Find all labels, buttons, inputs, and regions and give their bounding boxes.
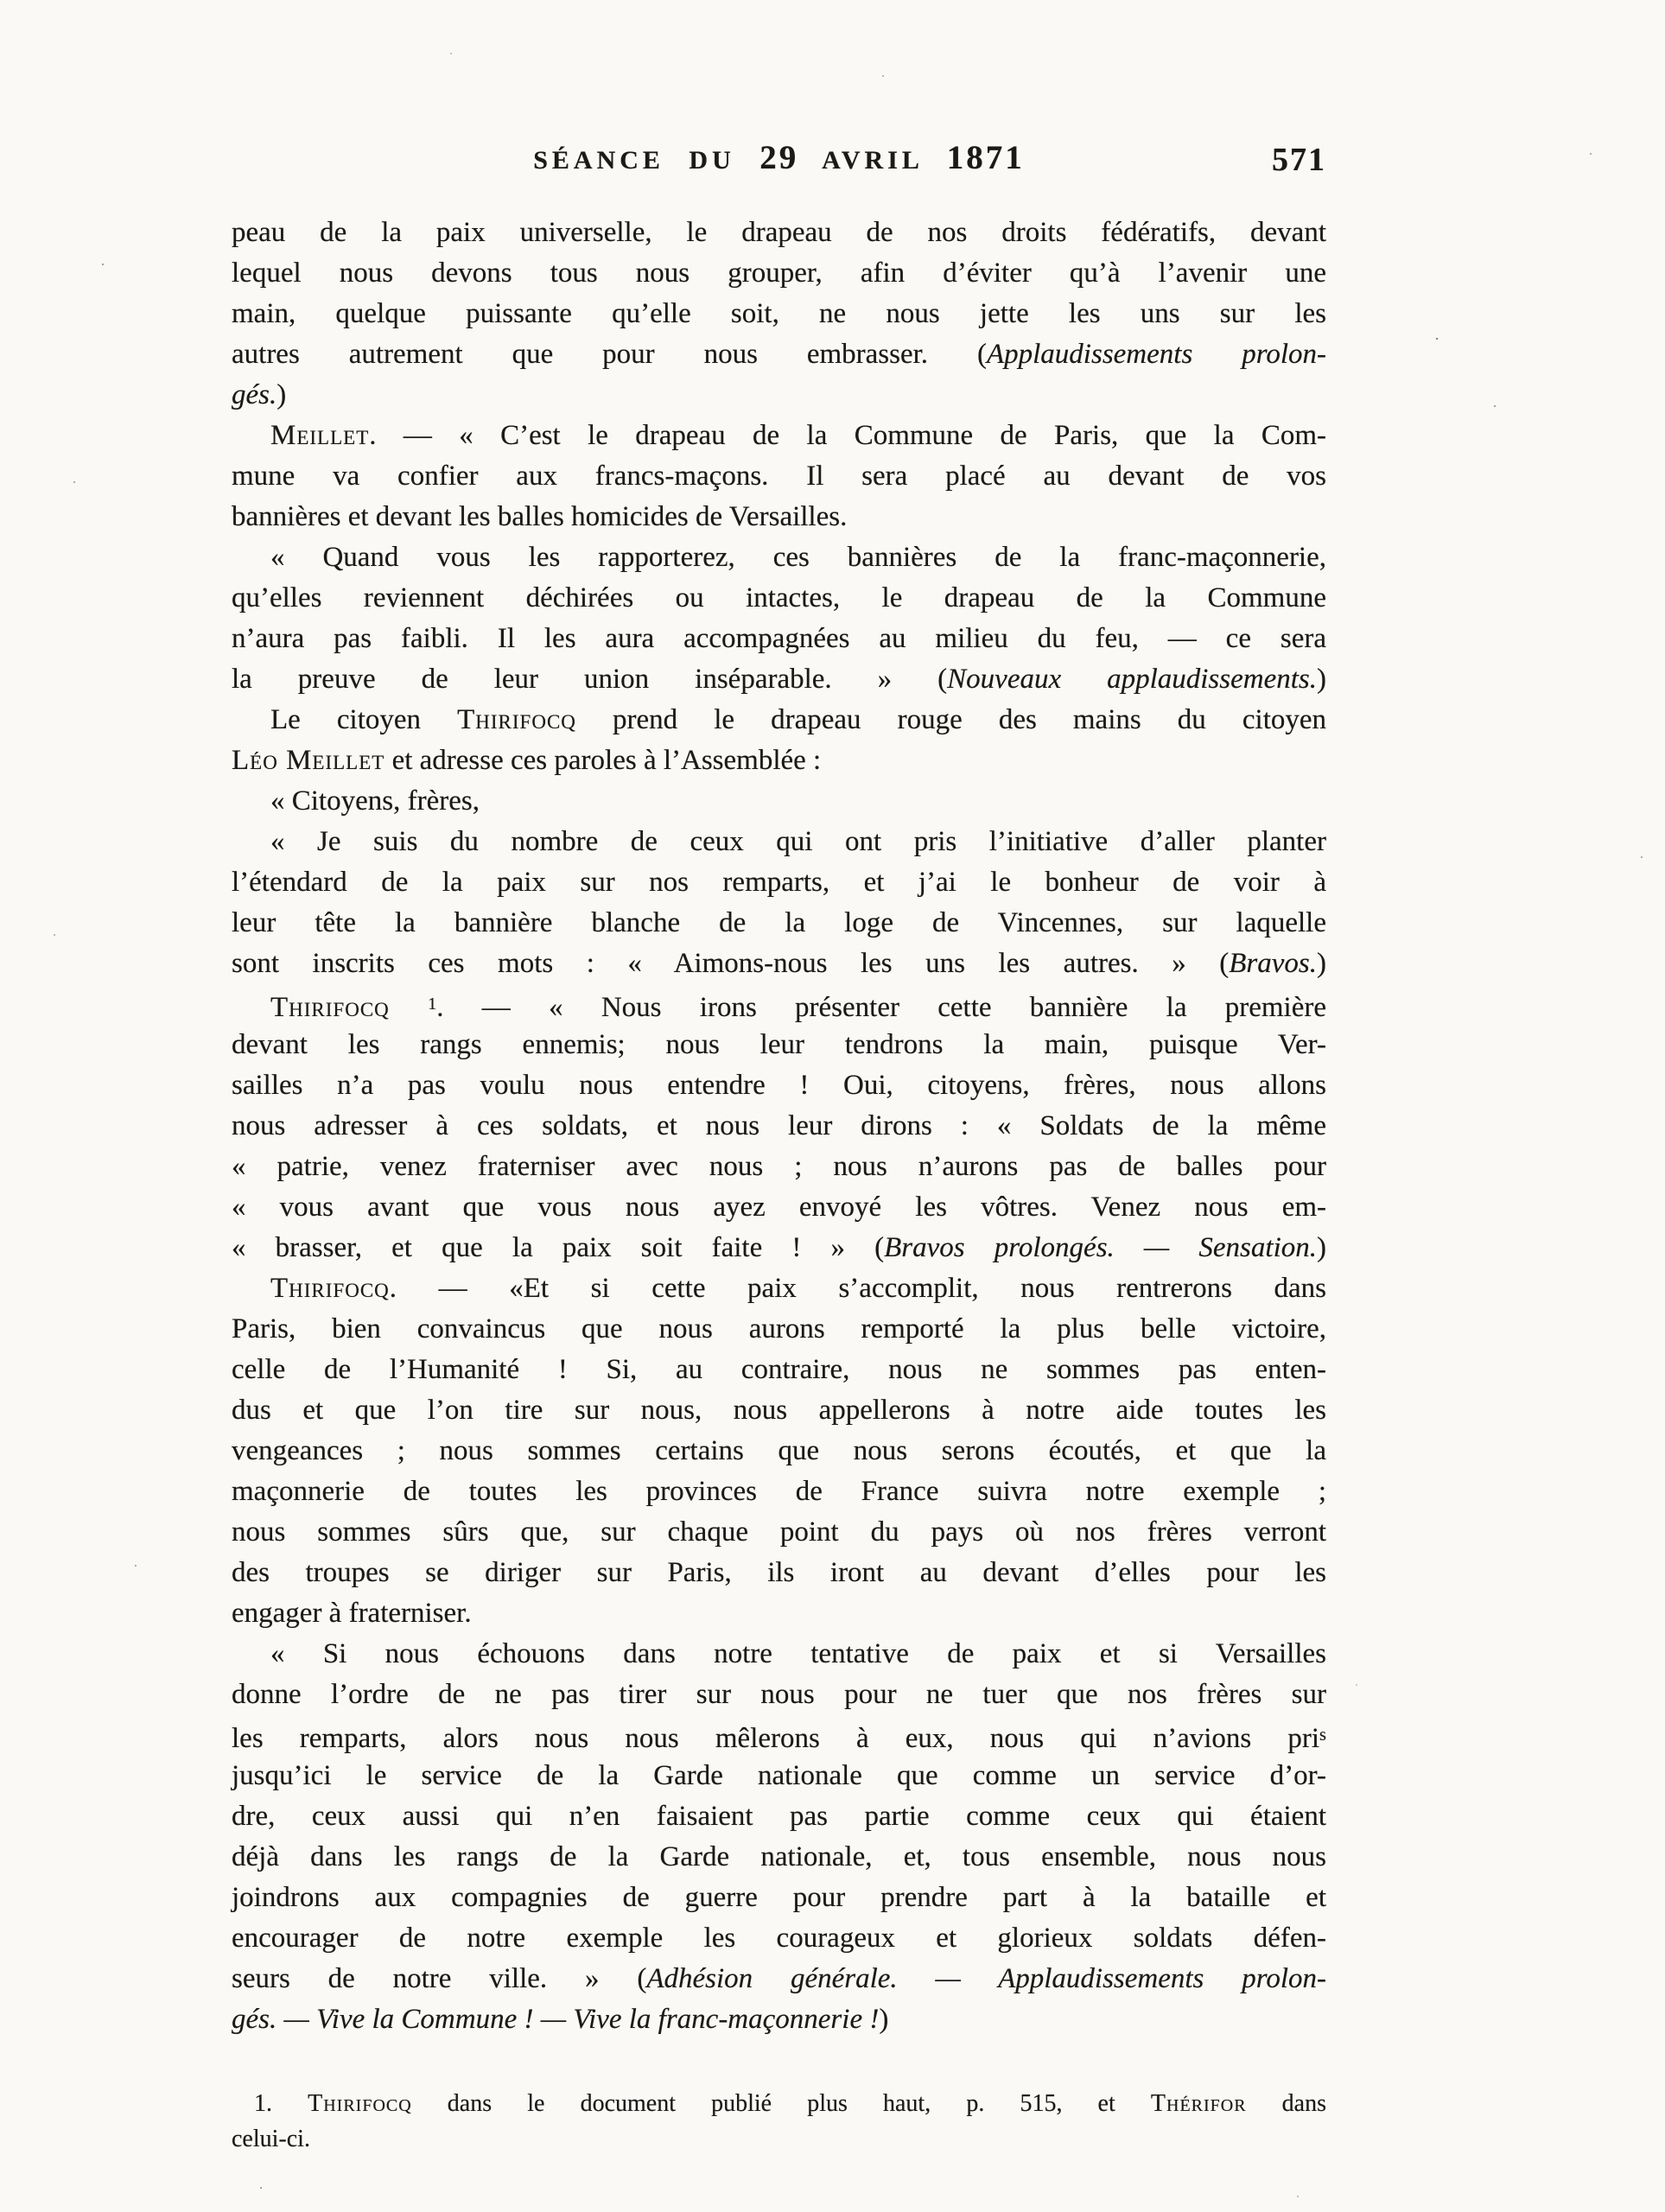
text-run: « Citoyens, frères,: [270, 785, 480, 817]
paragraph: peau de la paix universelle, le drapeau …: [232, 213, 1326, 416]
text-run: main, quelque puissante qu’elle soit, ne…: [232, 298, 1326, 329]
text-line: n’aura pas faibli. Il les aura accompagn…: [232, 619, 1326, 659]
text-line: l’étendard de la paix sur nos remparts, …: [232, 862, 1326, 903]
text-run: les remparts, alors nous nous mêlerons à…: [232, 1723, 1319, 1754]
text-run: Le citoyen: [270, 704, 457, 735]
text-run: ): [879, 2004, 888, 2035]
page-header: SÉANCE DU 29 AVRIL 1871 571: [232, 137, 1326, 185]
text-run: engager à fraterniser.: [232, 1598, 472, 1629]
header-caps: SÉANCE DU: [533, 146, 759, 175]
text-run: celle de l’Humanité ! Si, au contraire, …: [232, 1354, 1326, 1385]
text-run: nous adresser à ces soldats, et nous leu…: [232, 1110, 1326, 1141]
text-line: joindrons aux compagnies de guerre pour …: [232, 1878, 1326, 1918]
text-run: la preuve de leur union inséparable. » (: [232, 664, 947, 695]
text-run: maçonnerie de toutes les provinces de Fr…: [232, 1476, 1326, 1507]
text-line: donne l’ordre de ne pas tirer sur nous p…: [232, 1675, 1326, 1715]
text-run: n’aura pas faibli. Il les aura accompagn…: [232, 623, 1326, 654]
text-run: dre, ceux aussi qui n’en faisaient pas p…: [232, 1801, 1326, 1832]
text-line: lequel nous devons tous nous grouper, af…: [232, 253, 1326, 294]
text-run: seurs de notre ville. » (: [232, 1963, 646, 1994]
text-line: « vous avant que vous nous ayez envoyé l…: [232, 1187, 1326, 1228]
text-line: Paris, bien convaincus que nous aurons r…: [232, 1309, 1326, 1350]
text-run: jusqu’ici le service de la Garde nationa…: [232, 1760, 1326, 1791]
text-line: 1. Thirifocq dans le document publié plu…: [232, 2086, 1326, 2121]
header-numeral: 29: [759, 139, 798, 176]
text-line: vengeances ; nous sommes certains que no…: [232, 1431, 1326, 1471]
text-line: dre, ceux aussi qui n’en faisaient pas p…: [232, 1796, 1326, 1837]
header-numeral: 1871: [947, 139, 1025, 176]
text-run: ): [1317, 1232, 1326, 1263]
page-number: 571: [1272, 138, 1326, 181]
italic-text: Nouveaux applaudissements.: [947, 664, 1317, 695]
text-run: déjà dans les rangs de la Garde national…: [232, 1841, 1326, 1872]
text-run: sailles n’a pas voulu nous entendre ! Ou…: [232, 1070, 1326, 1101]
small-caps-name: Thirifocq: [457, 704, 576, 735]
text-line: « Je suis du nombre de ceux qui ont pris…: [232, 822, 1326, 862]
small-caps-name: Léo Meillet: [232, 745, 384, 776]
paragraph: « Citoyens, frères,: [232, 781, 1326, 822]
text-line: celle de l’Humanité ! Si, au contraire, …: [232, 1350, 1326, 1390]
text-line: sailles n’a pas voulu nous entendre ! Ou…: [232, 1065, 1326, 1106]
small-caps-name: Thirifocq: [308, 2090, 412, 2117]
paragraph: Thirifocq 1. — « Nous irons présenter ce…: [232, 984, 1326, 1268]
text-run: celui-ci.: [232, 2126, 310, 2152]
text-run: donne l’ordre de ne pas tirer sur nous p…: [232, 1679, 1326, 1710]
small-caps-name: Meillet: [270, 420, 369, 451]
text-run: bannières et devant les balles homicides…: [232, 501, 847, 532]
text-line: qu’elles reviennent déchirées ou intacte…: [232, 578, 1326, 619]
text-line: autres autrement que pour nous embrasser…: [232, 334, 1326, 375]
text-line: Meillet. — « C’est le drapeau de la Comm…: [232, 416, 1326, 456]
text-line: les remparts, alors nous nous mêlerons à…: [232, 1715, 1326, 1756]
text-run: « brasser, et que la paix soit faite ! »…: [232, 1232, 884, 1263]
text-run: « vous avant que vous nous ayez envoyé l…: [232, 1192, 1326, 1223]
text-line: encourager de notre exemple les courageu…: [232, 1918, 1326, 1959]
text-run: [390, 992, 428, 1023]
text-run: . — « Nous irons présenter cette bannièr…: [436, 992, 1326, 1023]
text-line: « Si nous échouons dans notre tentative …: [232, 1634, 1326, 1675]
italic-text: gés.: [232, 379, 276, 410]
text-run: sont inscrits ces mots : « Aimons-nous l…: [232, 948, 1229, 979]
paragraph: « Si nous échouons dans notre tentative …: [232, 1634, 1326, 2040]
text-run: devant les rangs ennemis; nous leur tend…: [232, 1029, 1326, 1060]
text-line: bannières et devant les balles homicides…: [232, 497, 1326, 537]
paragraph: Meillet. — « C’est le drapeau de la Comm…: [232, 416, 1326, 537]
text-run: . — « C’est le drapeau de la Commune de …: [369, 420, 1326, 451]
text-line: déjà dans les rangs de la Garde national…: [232, 1837, 1326, 1878]
text-line: Le citoyen Thirifocq prend le drapeau ro…: [232, 700, 1326, 741]
paragraph: Le citoyen Thirifocq prend le drapeau ro…: [232, 700, 1326, 781]
text-line: leur tête la bannière blanche de la loge…: [232, 903, 1326, 944]
text-run: dans: [1247, 2090, 1326, 2117]
small-caps-name: Thirifocq: [270, 992, 390, 1023]
text-line: devant les rangs ennemis; nous leur tend…: [232, 1025, 1326, 1065]
italic-text: Bravos prolongés. — Sensation.: [884, 1232, 1317, 1263]
text-run: leur tête la bannière blanche de la loge…: [232, 907, 1326, 938]
text-line: « Citoyens, frères,: [232, 781, 1326, 822]
text-run: ): [1317, 948, 1326, 979]
footnote: 1. Thirifocq dans le document publié plu…: [232, 2086, 1326, 2157]
text-run: des troupes se diriger sur Paris, ils ir…: [232, 1557, 1326, 1588]
text-run: « Quand vous les rapporterez, ces banniè…: [270, 542, 1326, 573]
text-run: qu’elles reviennent déchirées ou intacte…: [232, 582, 1326, 613]
text-line: nous adresser à ces soldats, et nous leu…: [232, 1106, 1326, 1147]
text-run: joindrons aux compagnies de guerre pour …: [232, 1882, 1326, 1913]
text-line: nous sommes sûrs que, sur chaque point d…: [232, 1512, 1326, 1553]
text-line: gés.): [232, 375, 1326, 416]
text-line: jusqu’ici le service de la Garde nationa…: [232, 1756, 1326, 1796]
text-run: ): [276, 379, 286, 410]
text-run: encourager de notre exemple les courageu…: [232, 1923, 1326, 1954]
text-line: Thirifocq. — «Et si cette paix s’accompl…: [232, 1268, 1326, 1309]
text-run: et adresse ces paroles à l’Assemblée :: [384, 745, 821, 776]
small-caps-name: Thérifor: [1151, 2090, 1247, 2117]
text-line: « patrie, venez fraterniser avec nous ; …: [232, 1147, 1326, 1187]
text-run: peau de la paix universelle, le drapeau …: [232, 217, 1326, 248]
text-run: lequel nous devons tous nous grouper, af…: [232, 257, 1326, 289]
text-line: seurs de notre ville. » (Adhésion généra…: [232, 1959, 1326, 1999]
paragraph: Thirifocq. — «Et si cette paix s’accompl…: [232, 1268, 1326, 1634]
text-line: sont inscrits ces mots : « Aimons-nous l…: [232, 944, 1326, 984]
italic-text: Applaudissements prolon-: [987, 339, 1326, 370]
text-run: prend le drapeau rouge des mains du cito…: [576, 704, 1326, 735]
superscript-mark: s: [1319, 1726, 1326, 1745]
text-run: . — «Et si cette paix s’accomplit, nous …: [390, 1273, 1326, 1304]
text-run: 1.: [254, 2090, 308, 2117]
small-caps-name: Thirifocq: [270, 1273, 390, 1304]
text-line: celui-ci.: [232, 2121, 1326, 2157]
italic-text: Adhésion générale. — Applaudissements pr…: [646, 1963, 1326, 1994]
text-line: maçonnerie de toutes les provinces de Fr…: [232, 1471, 1326, 1512]
body-text: peau de la paix universelle, le drapeau …: [232, 213, 1326, 2040]
text-run: dus et que l’on tire sur nous, nous appe…: [232, 1395, 1326, 1426]
paragraph: « Quand vous les rapporterez, ces banniè…: [232, 537, 1326, 700]
page-title: SÉANCE DU 29 AVRIL 1871: [232, 137, 1326, 187]
italic-text: Bravos.: [1229, 948, 1317, 979]
text-line: « brasser, et que la paix soit faite ! »…: [232, 1228, 1326, 1268]
text-run: mune va confier aux francs-maçons. Il se…: [232, 461, 1326, 492]
text-line: mune va confier aux francs-maçons. Il se…: [232, 456, 1326, 497]
text-run: « patrie, venez fraterniser avec nous ; …: [232, 1151, 1326, 1182]
header-caps: AVRIL: [798, 146, 947, 175]
text-run: Paris, bien convaincus que nous aurons r…: [232, 1313, 1326, 1344]
italic-text: gés. — Vive la Commune ! — Vive la franc…: [232, 2004, 879, 2035]
superscript-mark: 1: [428, 995, 436, 1014]
text-line: main, quelque puissante qu’elle soit, ne…: [232, 294, 1326, 334]
text-line: Thirifocq 1. — « Nous irons présenter ce…: [232, 984, 1326, 1025]
text-run: dans le document publié plus haut, p. 51…: [412, 2090, 1151, 2117]
text-run: nous sommes sûrs que, sur chaque point d…: [232, 1516, 1326, 1548]
text-run: ): [1317, 664, 1326, 695]
book-page: SÉANCE DU 29 AVRIL 1871 571 peau de la p…: [0, 0, 1665, 2212]
text-run: vengeances ; nous sommes certains que no…: [232, 1435, 1326, 1466]
text-line: gés. — Vive la Commune ! — Vive la franc…: [232, 1999, 1326, 2040]
text-line: Léo Meillet et adresse ces paroles à l’A…: [232, 741, 1326, 781]
text-line: peau de la paix universelle, le drapeau …: [232, 213, 1326, 253]
text-run: « Si nous échouons dans notre tentative …: [270, 1638, 1326, 1669]
text-line: engager à fraterniser.: [232, 1593, 1326, 1634]
text-run: l’étendard de la paix sur nos remparts, …: [232, 867, 1326, 898]
text-line: dus et que l’on tire sur nous, nous appe…: [232, 1390, 1326, 1431]
text-run: « Je suis du nombre de ceux qui ont pris…: [270, 826, 1326, 857]
text-run: autres autrement que pour nous embrasser…: [232, 339, 987, 370]
text-line: la preuve de leur union inséparable. » (…: [232, 659, 1326, 700]
text-line: des troupes se diriger sur Paris, ils ir…: [232, 1553, 1326, 1593]
text-line: « Quand vous les rapporterez, ces banniè…: [232, 537, 1326, 578]
paragraph: « Je suis du nombre de ceux qui ont pris…: [232, 822, 1326, 984]
